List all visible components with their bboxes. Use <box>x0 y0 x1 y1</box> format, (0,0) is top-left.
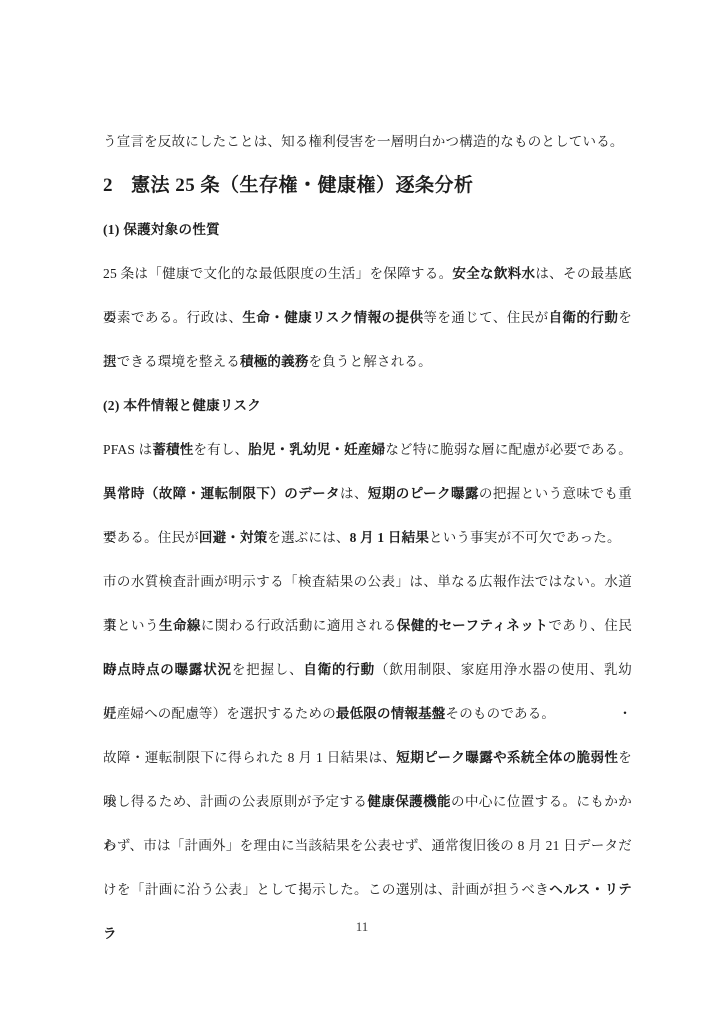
text-run: を選ぶには、 <box>267 530 349 545</box>
text-run: 唆し得るため、計画の公表原則が予定する <box>103 794 367 809</box>
section-number: 2 <box>103 175 113 196</box>
text-run: は、 <box>340 486 368 501</box>
emphasis-text-run: 自衛的行動 <box>549 310 619 325</box>
subsection-1-paragraphs: 25 条は「健康で文化的な最低限度の生活」を保障する。安全な飲料水は、その最基底… <box>103 252 632 384</box>
text-line: 唆し得るため、計画の公表原則が予定する健康保護機能の中心に位置する。にもかかわ <box>103 780 632 824</box>
text-run: に関わる行政活動に適用される <box>201 618 397 633</box>
page-number: 11 <box>0 905 724 949</box>
text-run: という事実が不可欠であった。 <box>429 530 621 545</box>
section-title: 憲法 25 条（生存権・健康権）逐条分析 <box>131 175 474 196</box>
text-run: 等を通じて、住民が <box>423 310 548 325</box>
emphasis-text-run: 安全な飲料水 <box>452 266 535 281</box>
emphasis-text-run: 健康保護機能 <box>367 794 451 809</box>
text-line: らず、市は「計画外」を理由に当該結果を公表せず、通常復旧後の 8 月 21 日デ… <box>103 824 632 868</box>
text-run: 妊産婦への配慮等）を選択するための <box>103 706 336 721</box>
document-page: う宣言を反故にしたことは、知る権利侵害を一層明白かつ構造的なものとしている。 2… <box>0 0 724 1024</box>
paragraph: 故障・運転制限下に得られた 8 月 1 日結果は、短期ピーク曝露や系統全体の脆弱… <box>103 736 632 912</box>
emphasis-text-run: 胎児・乳幼児・妊産婦 <box>248 442 385 457</box>
paragraph: 市の水質検査計画が明示する「検査結果の公表」は、単なる広報作法ではない。水道事業… <box>103 560 632 736</box>
emphasis-text-run: 8 月 1 日結果 <box>350 530 429 545</box>
subsection-1: (1) 保護対象の性質 25 条は「健康で文化的な最低限度の生活」を保障する。安… <box>103 208 632 384</box>
text-run: である。住民が <box>103 530 199 545</box>
emphasis-text-run: 回避・対策 <box>199 530 268 545</box>
emphasis-text-run: 積極的義務 <box>240 354 309 369</box>
emphasis-text-run: 異常時（故障・運転制限下）のデータ <box>103 486 340 501</box>
paragraph-continuation: う宣言を反故にしたことは、知る権利侵害を一層明白かつ構造的なものとしている。 <box>103 120 632 164</box>
text-run: を負うと解される。 <box>309 354 432 369</box>
text-run: PFAS は <box>103 442 152 457</box>
text-line: 択できる環境を整える積極的義務を負うと解される。 <box>103 340 632 384</box>
text-run: そのものである。 <box>446 706 556 721</box>
text-line: 要素である。行政は、生命・健康リスク情報の提供等を通じて、住民が自衛的行動を選 <box>103 296 632 340</box>
text-run: 要素である。行政は、 <box>103 310 242 325</box>
text-line: 業という生命線に関わる行政活動に適用される保健的セーフティネットであり、住民が <box>103 604 632 648</box>
emphasis-text-run: 自衛的行動 <box>303 662 375 677</box>
document-body: う宣言を反故にしたことは、知る権利侵害を一層明白かつ構造的なものとしている。 2… <box>103 120 632 912</box>
text-run: 故障・運転制限下に得られた 8 月 1 日結果は、 <box>103 750 396 765</box>
subsection-2-paragraphs: PFAS は蓄積性を有し、胎児・乳幼児・妊産婦など特に脆弱な層に配慮が必要である… <box>103 428 632 912</box>
text-line: 故障・運転制限下に得られた 8 月 1 日結果は、短期ピーク曝露や系統全体の脆弱… <box>103 736 632 780</box>
text-line: 時点時点の曝露状況を把握し、自衛的行動（飲用制限、家庭用浄水器の使用、乳幼児・ <box>103 648 632 692</box>
paragraph: 25 条は「健康で文化的な最低限度の生活」を保障する。安全な飲料水は、その最基底… <box>103 252 632 384</box>
text-line: PFAS は蓄積性を有し、胎児・乳幼児・妊産婦など特に脆弱な層に配慮が必要である… <box>103 428 632 472</box>
text-run: を把握し、 <box>232 662 304 677</box>
paragraph: PFAS は蓄積性を有し、胎児・乳幼児・妊産婦など特に脆弱な層に配慮が必要である… <box>103 428 632 560</box>
text-line: う宣言を反故にしたことは、知る権利侵害を一層明白かつ構造的なものとしている。 <box>103 120 632 164</box>
text-line: である。住民が回避・対策を選ぶには、8 月 1 日結果という事実が不可欠であった… <box>103 516 632 560</box>
text-run: 択できる環境を整える <box>103 354 240 369</box>
paragraph: う宣言を反故にしたことは、知る権利侵害を一層明白かつ構造的なものとしている。 <box>103 120 632 164</box>
text-run: けを「計画に沿う公表」として掲示した。この選別は、計画が担うべき <box>103 882 549 897</box>
emphasis-text-run: 短期ピーク曝露や系統全体の脆弱性 <box>396 750 618 765</box>
text-line: 妊産婦への配慮等）を選択するための最低限の情報基盤そのものである。 <box>103 692 632 736</box>
emphasis-text-run: 生命線 <box>159 618 201 633</box>
emphasis-text-run: 短期のピーク曝露 <box>368 486 479 501</box>
text-run: 25 条は「健康で文化的な最低限度の生活」を保障する。 <box>103 266 452 281</box>
text-line: 25 条は「健康で文化的な最低限度の生活」を保障する。安全な飲料水は、その最基底… <box>103 252 632 296</box>
emphasis-text-run: 時点時点の曝露状況 <box>103 662 232 677</box>
emphasis-text-run: 保健的セーフティネット <box>397 618 549 633</box>
subsection-2-label: (2) 本件情報と健康リスク <box>103 384 632 428</box>
emphasis-text-run: 生命・健康リスク情報の提供 <box>242 310 423 325</box>
text-line: 異常時（故障・運転制限下）のデータは、短期のピーク曝露の把握という意味でも重要 <box>103 472 632 516</box>
text-run: 業という <box>103 618 159 633</box>
subsection-1-label: (1) 保護対象の性質 <box>103 208 632 252</box>
text-run: など特に脆弱な層に配慮が必要である。 <box>385 442 632 457</box>
section-heading: 2憲法 25 条（生存権・健康権）逐条分析 <box>103 164 632 208</box>
text-run: う宣言を反故にしたことは、知る権利侵害を一層明白かつ構造的なものとしている。 <box>103 134 624 149</box>
emphasis-text-run: 蓄積性 <box>152 442 193 457</box>
text-run: らず、市は「計画外」を理由に当該結果を公表せず、通常復旧後の 8 月 21 日デ… <box>103 838 632 853</box>
emphasis-text-run: 最低限の情報基盤 <box>336 706 446 721</box>
subsection-2: (2) 本件情報と健康リスク PFAS は蓄積性を有し、胎児・乳幼児・妊産婦など… <box>103 384 632 912</box>
text-line: 市の水質検査計画が明示する「検査結果の公表」は、単なる広報作法ではない。水道事 <box>103 560 632 604</box>
text-run: を有し、 <box>193 442 248 457</box>
